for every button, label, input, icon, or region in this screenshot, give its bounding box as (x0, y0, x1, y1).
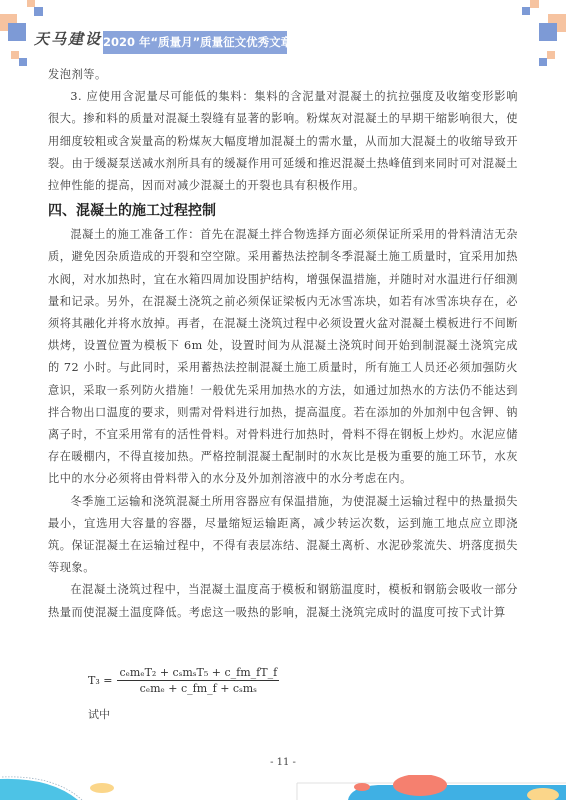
footer-decoration (0, 775, 566, 800)
formula-fraction: cₑmₑT₂ + cₛmₛT₅ + c_fm_fT_f cₑmₑ + c_fm_… (117, 666, 279, 695)
header-banner: 2020 年“质量月”质量征文优秀文章 (103, 31, 287, 54)
decor-square (19, 58, 27, 66)
decor-square (522, 7, 530, 15)
article-body: 发泡剂等。 3. 应使用含泥量尽可能低的集料：集料的含泥量对混凝土的抗拉强度及收… (48, 64, 518, 624)
temperature-formula: T₃ = cₑmₑT₂ + cₛmₛT₅ + c_fm_fT_f cₑmₑ + … (88, 666, 279, 695)
paragraph: 发泡剂等。 (48, 64, 518, 86)
decor-square (539, 23, 557, 41)
formula-caption: 试中 (88, 706, 110, 722)
section-heading: 四、混凝土的施工过程控制 (48, 199, 518, 223)
page-number: - 11 - (0, 757, 566, 768)
formula-lhs: T₃ = (88, 674, 112, 687)
paragraph: 3. 应使用含泥量尽可能低的集料：集料的含泥量对混凝土的抗拉强度及收缩变形影响很… (48, 86, 518, 197)
decor-square (530, 0, 539, 8)
decor-square (539, 58, 547, 66)
brand-logo-text: 天马建设 (34, 28, 102, 49)
decor-square (11, 51, 19, 59)
decor-square (8, 23, 26, 41)
paragraph: 混凝土的施工准备工作：首先在混凝土拌合物选择方面必须保证所采用的骨料清洁无杂质，… (48, 224, 518, 490)
paragraph: 冬季施工运输和浇筑混凝土所用容器应有保温措施，为使混凝土运输过程中的热量损失最小… (48, 491, 518, 580)
decor-square (34, 7, 43, 16)
decor-square (27, 0, 35, 7)
formula-denominator: cₑmₑ + c_fm_f + cₛmₛ (140, 681, 257, 695)
formula-numerator: cₑmₑT₂ + cₛmₛT₅ + c_fm_fT_f (117, 666, 279, 681)
decor-square (547, 51, 555, 59)
paragraph: 在混凝土浇筑过程中，当混凝土温度高于模板和钢筋温度时，模板和钢筋会吸收一部分热量… (48, 579, 518, 623)
